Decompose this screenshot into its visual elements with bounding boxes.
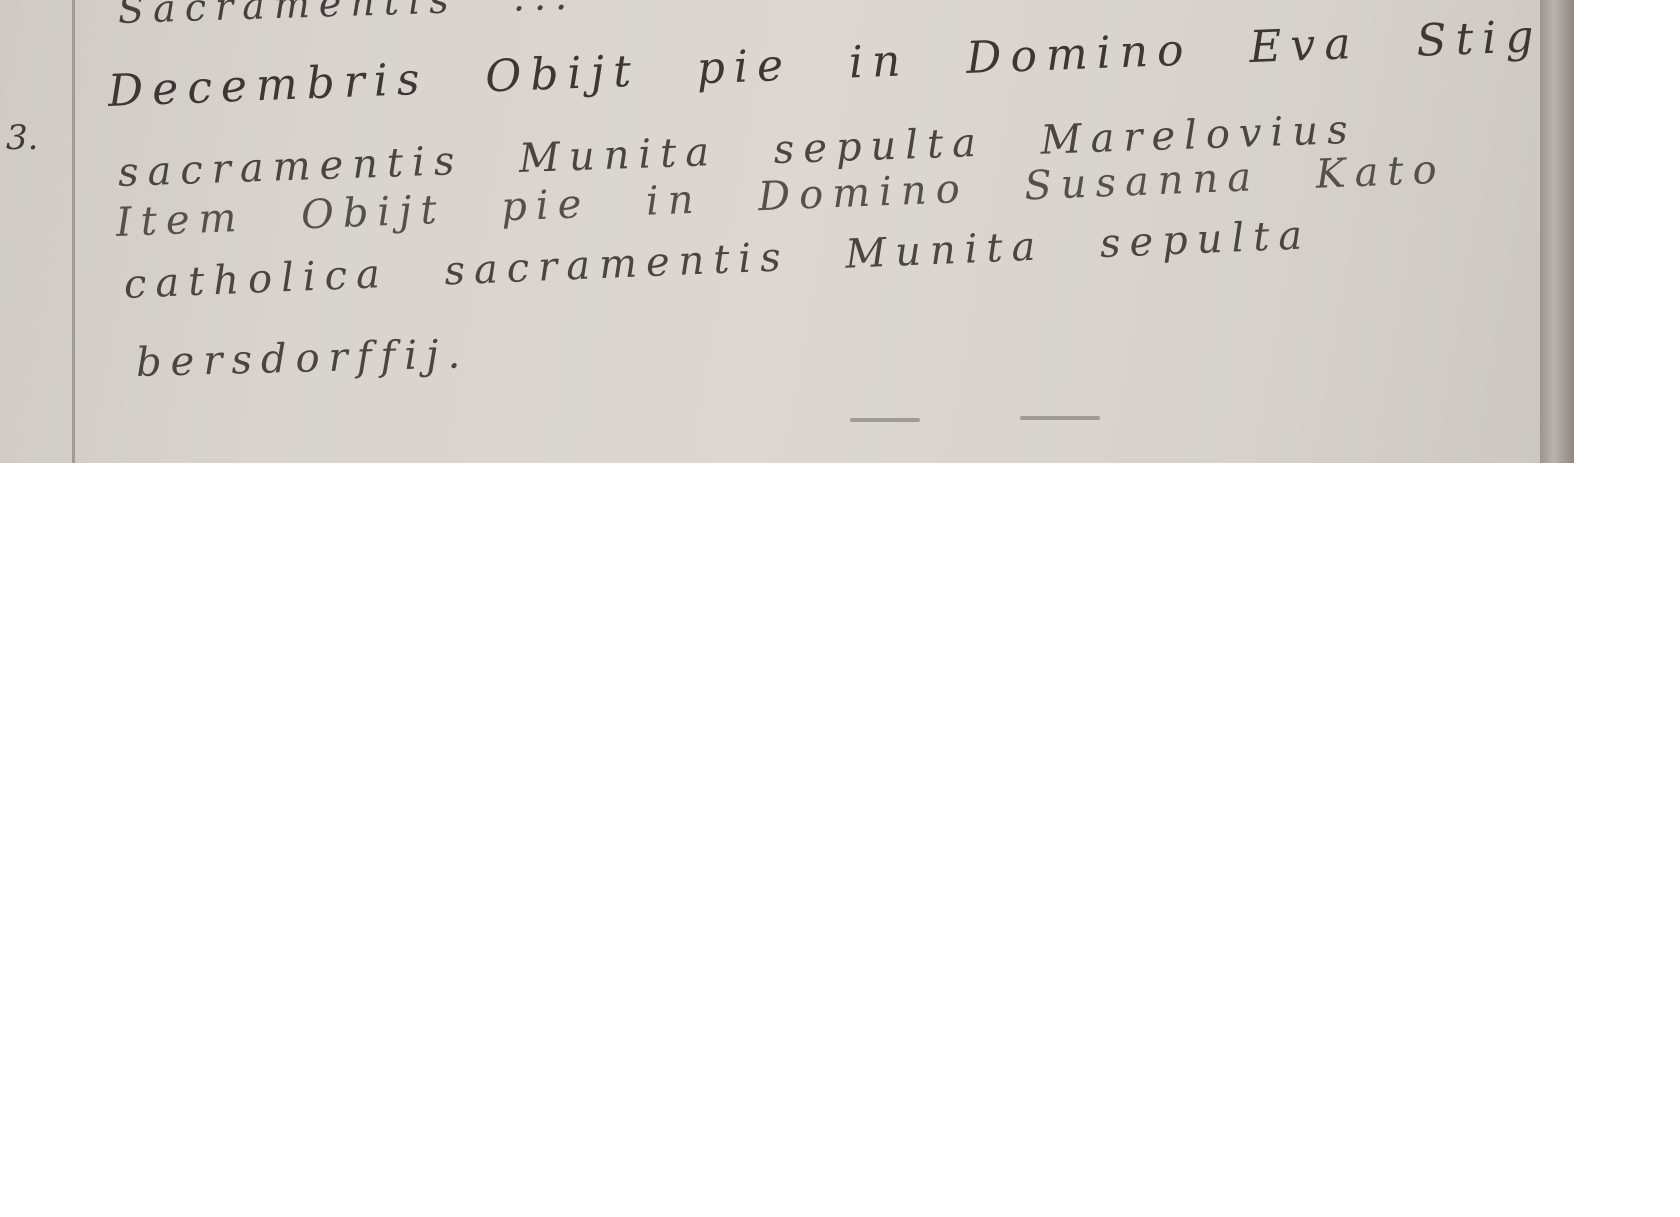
separator-stroke xyxy=(850,418,920,422)
separator-stroke xyxy=(1020,416,1100,420)
book-binding-edge xyxy=(1540,0,1574,463)
text-line-5: bersdorffij. xyxy=(135,331,469,386)
entry-number: 3. xyxy=(6,118,38,158)
register-page-photo: 3. Sacramentis ... Decembris Obijt pie i… xyxy=(0,0,1574,463)
text-line-0: Sacramentis ... xyxy=(117,0,576,32)
margin-rule-line xyxy=(72,0,75,463)
